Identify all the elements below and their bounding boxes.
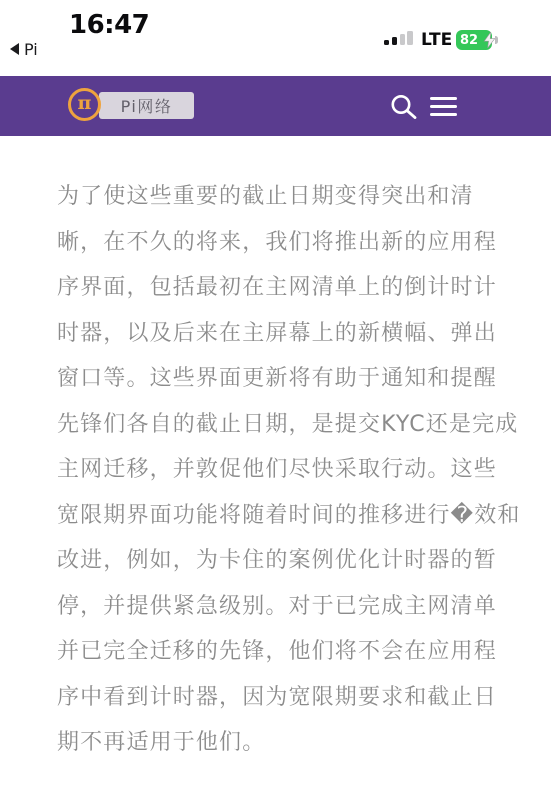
network-type-label: LTE <box>421 30 452 50</box>
site-title-label: Pi网络 <box>121 94 173 117</box>
back-to-app-button[interactable]: Pi <box>10 40 38 58</box>
article-line: 主网迁移，并敦促他们尽快采取行动。这些 <box>57 447 510 493</box>
battery-cap <box>495 36 498 44</box>
phone-screen: 16:47 Pi LTE 82 π Pi网络 <box>0 0 551 800</box>
article-line: 序中看到计时器，因为宽限期要求和截止日 <box>57 675 510 721</box>
search-icon[interactable] <box>390 94 418 119</box>
article-line: 并已完全迁移的先锋，他们将不会在应用程 <box>57 629 510 675</box>
clock-time: 16:47 <box>69 10 149 40</box>
article-line: 序界面，包括最初在主网清单上的倒计时计 <box>57 265 510 311</box>
article-line: 时器，以及后来在主屏幕上的新横幅、弹出 <box>57 311 510 357</box>
menu-icon[interactable] <box>430 97 457 116</box>
article-line: 改进，例如，为卡住的案例优化计时器的暂 <box>57 538 510 584</box>
status-bar: 16:47 Pi LTE 82 <box>0 0 551 76</box>
article-line: 期不再适用于他们。 <box>57 720 510 766</box>
back-triangle-icon <box>10 43 19 55</box>
site-title-badge: Pi网络 <box>99 92 194 119</box>
cellular-signal-icon <box>384 31 413 45</box>
back-app-label: Pi <box>24 40 38 59</box>
article-line: 宽限期界面功能将随着时间的推移进行�效和 <box>57 493 510 539</box>
pi-symbol-icon: π <box>78 94 92 113</box>
battery-percent-label: 82 <box>460 33 478 48</box>
article-line: 晰，在不久的将来，我们将推出新的应用程 <box>57 220 510 266</box>
article-line: 先锋们各自的截止日期，是提交KYC还是完成 <box>57 402 510 448</box>
article-line: 为了使这些重要的截止日期变得突出和清 <box>57 174 510 220</box>
article-body: 为了使这些重要的截止日期变得突出和清 晰，在不久的将来，我们将推出新的应用程 序… <box>57 174 510 766</box>
pi-network-logo[interactable]: π <box>68 88 101 121</box>
site-header: π Pi网络 <box>0 76 551 136</box>
battery-indicator: 82 <box>456 30 498 50</box>
article-line: 窗口等。这些界面更新将有助于通知和提醒 <box>57 356 510 402</box>
article-line: 停，并提供紧急级别。对于已完成主网清单 <box>57 584 510 630</box>
